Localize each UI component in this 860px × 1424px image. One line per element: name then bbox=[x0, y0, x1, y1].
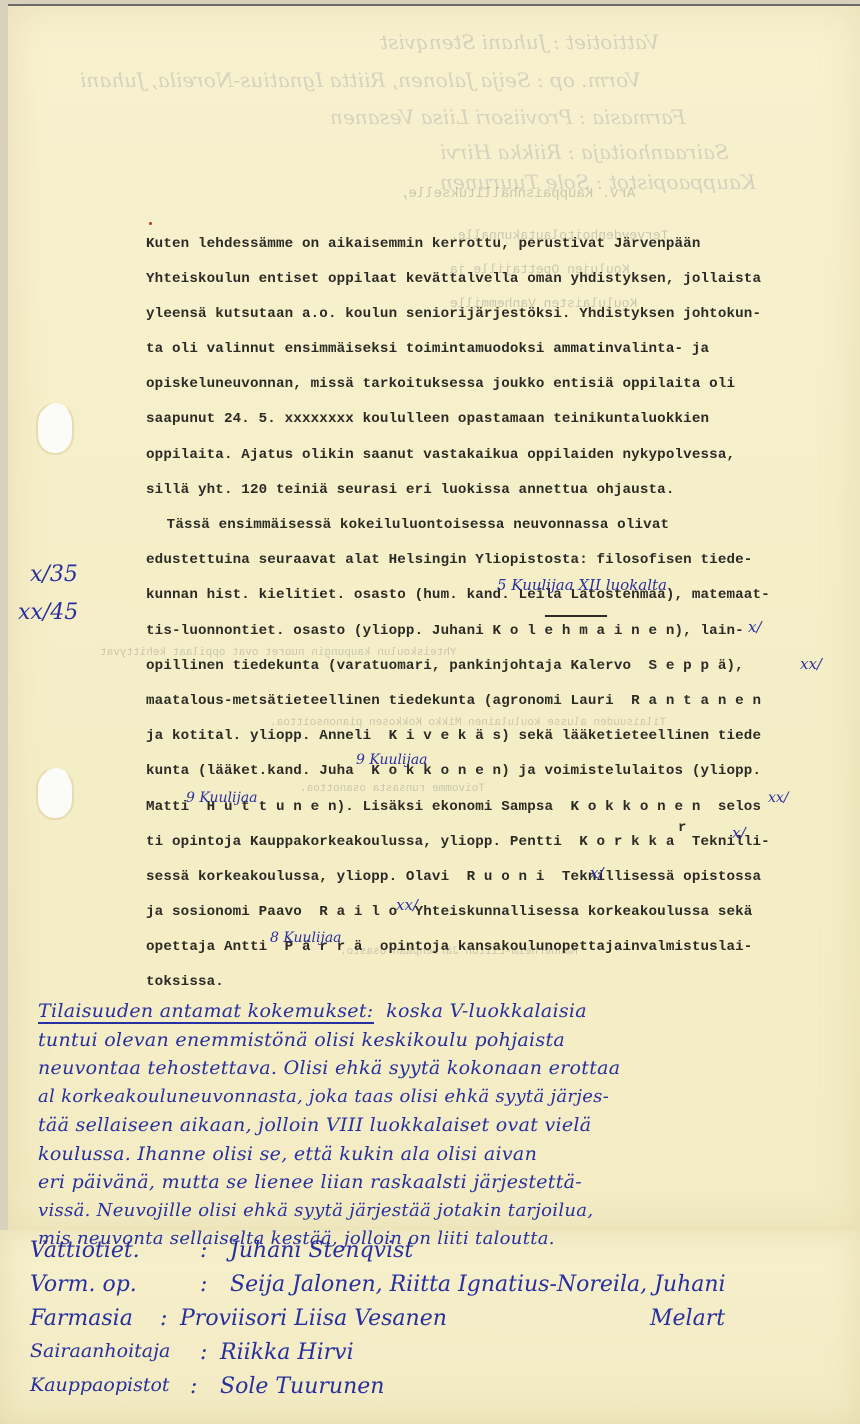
list-item-sep: : bbox=[200, 1340, 220, 1374]
comment-line-1-rest: koska V-luokkalaisia bbox=[380, 1000, 587, 1022]
typed-line: ja sosionomi Paavo R a i l o Yhteiskunna… bbox=[146, 904, 854, 939]
note-korkka-r: r bbox=[678, 820, 686, 836]
list-item-sep: : bbox=[160, 1306, 180, 1340]
comment-line: Tilaisuuden antamat kokemukset: koska V-… bbox=[38, 1000, 858, 1029]
list-item-sep: : bbox=[200, 1238, 230, 1272]
ink-spot bbox=[149, 222, 152, 225]
typed-line: oppilaita. Ajatus olikin saanut vastakai… bbox=[146, 447, 854, 482]
typed-line: Tässä ensimmäisessä kokeiluluontoisessa … bbox=[132, 517, 854, 552]
bleed-through-addressee: Arv. Kauppaisnhallitukselle, bbox=[400, 186, 635, 202]
strikethrough-mark bbox=[545, 615, 607, 617]
list-item: Kauppaopistot : Sole Tuurunen bbox=[30, 1374, 860, 1408]
list-item-label: Vattiotiet. bbox=[30, 1238, 200, 1272]
list-item-value: Seija Jalonen, Riitta Ignatius-Noreila, … bbox=[230, 1272, 726, 1306]
typed-line: sillä yht. 120 teiniä seurasi eri luokis… bbox=[146, 482, 854, 517]
note-ruoni: x/ bbox=[590, 864, 604, 882]
bleed-through-hand-3: Farmasia : Proviisori Liisa Vesanen bbox=[330, 105, 686, 129]
typed-line: ta oli valinnut ensimmäiseksi toimintamu… bbox=[146, 341, 854, 376]
typed-line: opillinen tiedekunta (varatuomari, panki… bbox=[146, 658, 854, 693]
punch-hole-upper bbox=[38, 405, 72, 453]
list-item-label: Vorm. op. bbox=[30, 1272, 200, 1306]
note-leila-listeners: 5 Kuulijaa XII luokalta bbox=[497, 576, 667, 594]
list-item-sep: : bbox=[200, 1272, 230, 1306]
typed-line: ti opintoja Kauppakorkeakoulussa, yliopp… bbox=[146, 834, 854, 869]
typed-line: opiskeluneuvonnan, missä tarkoituksessa … bbox=[146, 376, 854, 411]
list-item: Vattiotiet. : Juhani Stenqvist bbox=[30, 1238, 860, 1272]
comment-line: al korkeakouluneuvonnasta, joka taas oli… bbox=[38, 1086, 858, 1115]
list-item-value: Riikka Hirvi bbox=[220, 1340, 354, 1374]
list-item-sep: : bbox=[190, 1374, 220, 1408]
note-huttunen: 9 Kuulijaa bbox=[186, 790, 258, 806]
list-item: Sairaanhoitaja : Riikka Hirvi bbox=[30, 1340, 860, 1374]
typed-line: maatalous-metsätieteellinen tiedekunta (… bbox=[146, 693, 854, 728]
comment-line: koulussa. Ihanne olisi se, että kukin al… bbox=[38, 1143, 858, 1172]
note-kokkonen-juha: 9 Kuulijaa bbox=[356, 752, 428, 768]
bleed-through-hand-1: Vattiotiet : Juhani Stenqvist bbox=[380, 30, 659, 54]
comment-line: vissä. Neuvojille olisi ehkä syytä järje… bbox=[38, 1200, 858, 1229]
typed-line: saapunut 24. 5. xxxxxxxx koululleen opas… bbox=[146, 411, 854, 446]
handwritten-list: Vattiotiet. : Juhani Stenqvist Vorm. op.… bbox=[30, 1238, 860, 1408]
list-item: Farmasia : Proviisori Liisa Vesanen Mela… bbox=[30, 1306, 860, 1340]
comment-heading: Tilaisuuden antamat kokemukset: bbox=[38, 1000, 374, 1024]
handwritten-comment: Tilaisuuden antamat kokemukset: koska V-… bbox=[38, 1000, 858, 1257]
list-item-label: Farmasia bbox=[30, 1306, 160, 1340]
bleed-through-hand-4: Sairaanhoitaja : Riikka Hirvi bbox=[440, 140, 729, 164]
margin-note-x35: x/35 bbox=[30, 562, 78, 587]
typed-line: yleensä kutsutaan a.o. koulun seniorijär… bbox=[146, 306, 854, 341]
list-item-label: Sairaanhoitaja bbox=[30, 1340, 200, 1374]
comment-line: tuntui olevan enemmistönä olisi keskikou… bbox=[38, 1029, 858, 1058]
typed-line: ja kotital. yliopp. Anneli K i v e k ä s… bbox=[146, 728, 854, 763]
note-korkka: x/ bbox=[732, 824, 746, 842]
list-item-label: Kauppaopistot bbox=[30, 1374, 190, 1408]
note-kokkonen-sampsa: xx/ bbox=[768, 790, 789, 806]
list-item: Vorm. op. : Seija Jalonen, Riitta Ignati… bbox=[30, 1272, 860, 1306]
bleed-through-hand-2: Vorm. op : Seija Jalonen, Riitta Ignatiu… bbox=[80, 68, 641, 92]
note-kolehmainen: x/ bbox=[748, 618, 762, 636]
list-item-value: Sole Tuurunen bbox=[220, 1374, 384, 1408]
typed-line: Kuten lehdessämme on aikaisemmin kerrott… bbox=[146, 236, 854, 271]
comment-line: neuvontaa tehostettava. Olisi ehkä syytä… bbox=[38, 1057, 858, 1086]
list-item-extra: Melart bbox=[650, 1306, 725, 1340]
note-seppa: xx/ bbox=[800, 655, 822, 673]
punch-hole-lower bbox=[38, 770, 72, 818]
list-item-value: Juhani Stenqvist bbox=[230, 1238, 413, 1272]
typed-line: sessä korkeakoulussa, yliopp. Olavi R u … bbox=[146, 869, 854, 904]
note-railo: xx/ bbox=[396, 896, 418, 914]
comment-line: eri päivänä, mutta se lienee liian raska… bbox=[38, 1171, 858, 1200]
list-item-value: Proviisori Liisa Vesanen bbox=[180, 1306, 650, 1340]
note-parra: 8 Kuulijaa bbox=[270, 930, 342, 946]
comment-line: tää sellaiseen aikaan, jolloin VIII luok… bbox=[38, 1114, 858, 1143]
typed-line: opettaja Antti P ä r r ä opintoja kansak… bbox=[146, 939, 854, 974]
margin-note-xx45: xx/45 bbox=[18, 600, 78, 625]
typed-line: Yhteiskoulun entiset oppilaat kevättalve… bbox=[146, 271, 854, 306]
